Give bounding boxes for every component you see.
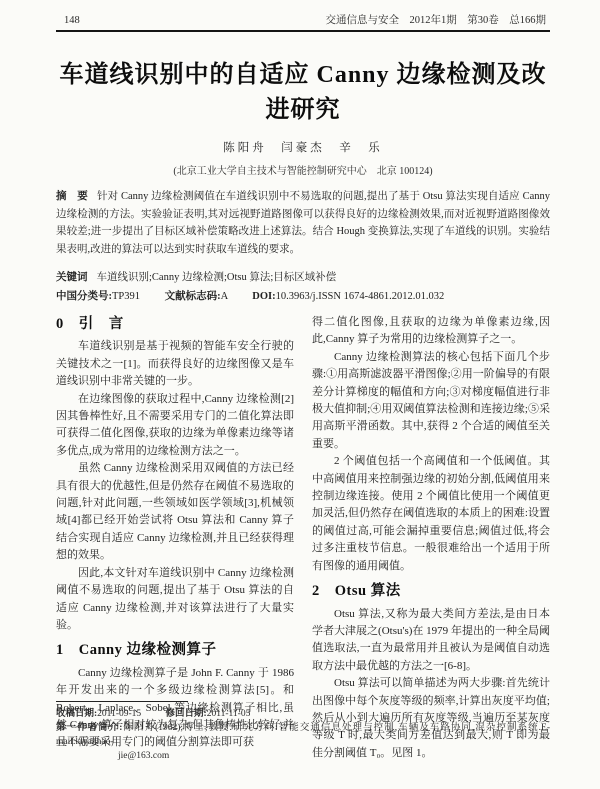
paragraph: 2 个阈值包括一个高阈值和一个低阈值。其中高阈值用来控制强边缘的初始分割,低阈值… (312, 453, 550, 575)
section-2-heading: 2 Otsu 算法 (312, 583, 550, 600)
revised-date-label: 修回日期: (166, 709, 207, 719)
keywords: 关键词车道线识别;Canny 边缘检测;Otsu 算法;目标区域补偿 (56, 269, 550, 287)
authors: 陈阳舟 闫豪杰 辛 乐 (56, 139, 550, 155)
classification-line: 中国分类号:TP391 文献标志码:A DOI:10.3963/j.ISSN 1… (56, 288, 550, 306)
paragraph: 虽然 Canny 边缘检测采用双阈值的方法已经具有很大的优越性,但是仍然存在阈值… (56, 460, 294, 564)
footnote-author-email: jie@163.com (56, 749, 550, 763)
abstract-text: 针对 Canny 边缘检测阈值在车道线识别中不易选取的问题,提出了基于 Otsu… (56, 191, 550, 255)
author-bio-label: 第一作者简介: (56, 723, 122, 733)
paragraph: 因此,本文针对车道线识别中 Canny 边缘检测阈值不易选取的问题,提出了基于 … (56, 565, 294, 635)
journal-info: 交通信息与安全 2012年1期 第30卷 总166期 (326, 12, 547, 27)
left-column: 0 引 言 车道线识别是基于视频的智能车安全行驶的关键技术之一[1]。而获得良好… (56, 314, 294, 762)
paper-page: 148 交通信息与安全 2012年1期 第30卷 总166期 车道线识别中的自适… (0, 0, 600, 789)
footnote: 收稿日期:2011-09-15 修回日期:2011-11-05 第一作者简介:陈… (56, 701, 550, 763)
revised-date: 2011-11-05 (207, 709, 251, 719)
paragraph: 在边缘图像的获取过程中,Canny 边缘检测[2]因其鲁棒性好,且不需要采用专门… (56, 391, 294, 461)
two-column-body: 0 引 言 车道线识别是基于视频的智能车安全行驶的关键技术之一[1]。而获得良好… (56, 314, 550, 762)
right-column: 得二值化图像,且获取的边缘为单像素边缘,因此,Canny 算子为常用的边缘检测算… (312, 314, 550, 762)
keywords-text: 车道线识别;Canny 边缘检测;Otsu 算法;目标区域补偿 (97, 272, 337, 283)
affiliation: (北京工业大学自主技术与智能控制研究中心 北京 100124) (56, 162, 550, 177)
doi-value: 10.3963/j.ISSN 1674-4861.2012.01.032 (276, 291, 445, 302)
abstract: 摘 要针对 Canny 边缘检测阈值在车道线识别中不易选取的问题,提出了基于 O… (56, 188, 550, 258)
section-1-heading: 1 Canny 边缘检测算子 (56, 642, 294, 659)
clc-value: TP391 (112, 291, 140, 302)
paragraph: Otsu 算法,又称为最大类间方差法,是由日本学者大津展之(Otsu's)在 1… (312, 606, 550, 676)
footnote-author-bio: 第一作者简介:陈阳舟(1962),博士,教授.研究方向:智能交通信息处理与控制,… (56, 721, 550, 749)
doi-label: DOI: (252, 291, 275, 302)
footnote-rule (56, 701, 188, 702)
paragraph: 车道线识别是基于视频的智能车安全行驶的关键技术之一[1]。而获得良好的边缘图像又… (56, 338, 294, 390)
keywords-label: 关键词 (56, 272, 88, 283)
paragraph-continuation: 得二值化图像,且获取的边缘为单像素边缘,因此,Canny 算子为常用的边缘检测算… (312, 314, 550, 349)
doc-code-label: 文献标志码: (165, 291, 221, 302)
doc-code-value: A (221, 291, 228, 302)
paragraph: Canny 边缘检测算法的核心包括下面几个步骤:①用高斯滤波器平滑图像;②用一阶… (312, 349, 550, 453)
page-number: 148 (64, 15, 80, 26)
clc-label: 中国分类号: (56, 291, 112, 302)
abstract-label: 摘 要 (56, 191, 88, 202)
section-0-heading: 0 引 言 (56, 316, 294, 333)
header-rule (56, 30, 550, 32)
author-bio-text: 陈阳舟(1962),博士,教授.研究方向:智能交通信息处理与控制,车辆及车路协同… (56, 723, 550, 747)
page-header: 148 交通信息与安全 2012年1期 第30卷 总166期 (56, 12, 550, 27)
footnote-dates: 收稿日期:2011-09-15 修回日期:2011-11-05 (56, 707, 550, 721)
received-date: 2011-09-15 (97, 709, 141, 719)
paper-title: 车道线识别中的自适应 Canny 边缘检测及改进研究 (56, 54, 550, 124)
received-date-label: 收稿日期: (56, 709, 97, 719)
